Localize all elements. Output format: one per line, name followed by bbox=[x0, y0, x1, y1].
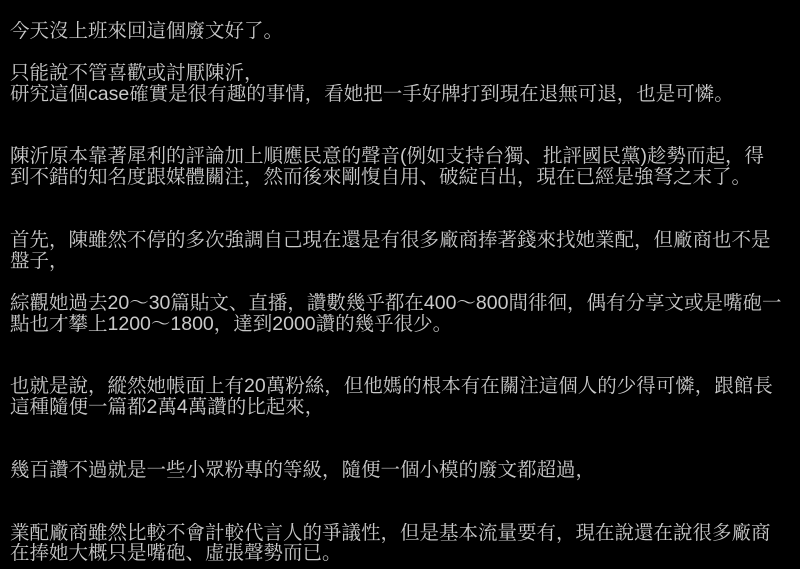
post-body: 今天沒上班來回這個廢文好了。 只能說不管喜歡或討厭陳沂， 研究這個case確實是… bbox=[0, 0, 800, 569]
text-line: 在捧她大概只是嘴砲、虛張聲勢而已。 bbox=[10, 543, 800, 564]
blank-line bbox=[10, 481, 800, 502]
text-line: 也就是說，縱然她帳面上有20萬粉絲，但他媽的根本有在關注這個人的少得可憐，跟館長 bbox=[10, 376, 800, 397]
text-line: 這種隨便一篇都2萬4萬讚的比起來， bbox=[10, 397, 800, 418]
blank-line bbox=[10, 355, 800, 376]
blank-line bbox=[10, 439, 800, 460]
text-line: 首先，陳雖然不停的多次強調自己現在還是有很多廠商捧著錢來找她業配，但廠商也不是 bbox=[10, 230, 800, 251]
blank-line bbox=[10, 335, 800, 356]
blank-line bbox=[10, 418, 800, 439]
text-line: 點也才攀上1200～1800，達到2000讚的幾乎很少。 bbox=[10, 314, 800, 335]
blank-line bbox=[10, 42, 800, 63]
blank-line bbox=[10, 126, 800, 147]
blank-line bbox=[10, 188, 800, 209]
text-line: 研究這個case確實是很有趣的事情，看她把一手好牌打到現在退無可退，也是可憐。 bbox=[10, 84, 800, 105]
text-line: 幾百讚不過就是一些小眾粉專的等級，隨便一個小模的廢文都超過， bbox=[10, 460, 800, 481]
blank-line bbox=[10, 502, 800, 523]
text-line: 業配廠商雖然比較不會計較代言人的爭議性，但是基本流量要有，現在說還在說很多廠商 bbox=[10, 523, 800, 544]
text-line: 今天沒上班來回這個廢文好了。 bbox=[10, 21, 800, 42]
text-line: 綜觀她過去20～30篇貼文、直播，讚數幾乎都在400～800間徘徊，偶有分享文或… bbox=[10, 293, 800, 314]
text-line: 到不錯的知名度跟媒體關注，然而後來剛愎自用、破綻百出，現在已經是強弩之末了。 bbox=[10, 167, 800, 188]
blank-line bbox=[10, 105, 800, 126]
blank-line bbox=[10, 209, 800, 230]
text-line: 只能說不管喜歡或討厭陳沂， bbox=[10, 63, 800, 84]
text-line: 陳沂原本靠著犀利的評論加上順應民意的聲音(例如支持台獨、批評國民黨)趁勢而起，得 bbox=[10, 146, 800, 167]
blank-line bbox=[10, 272, 800, 293]
text-line: 盤子， bbox=[10, 251, 800, 272]
